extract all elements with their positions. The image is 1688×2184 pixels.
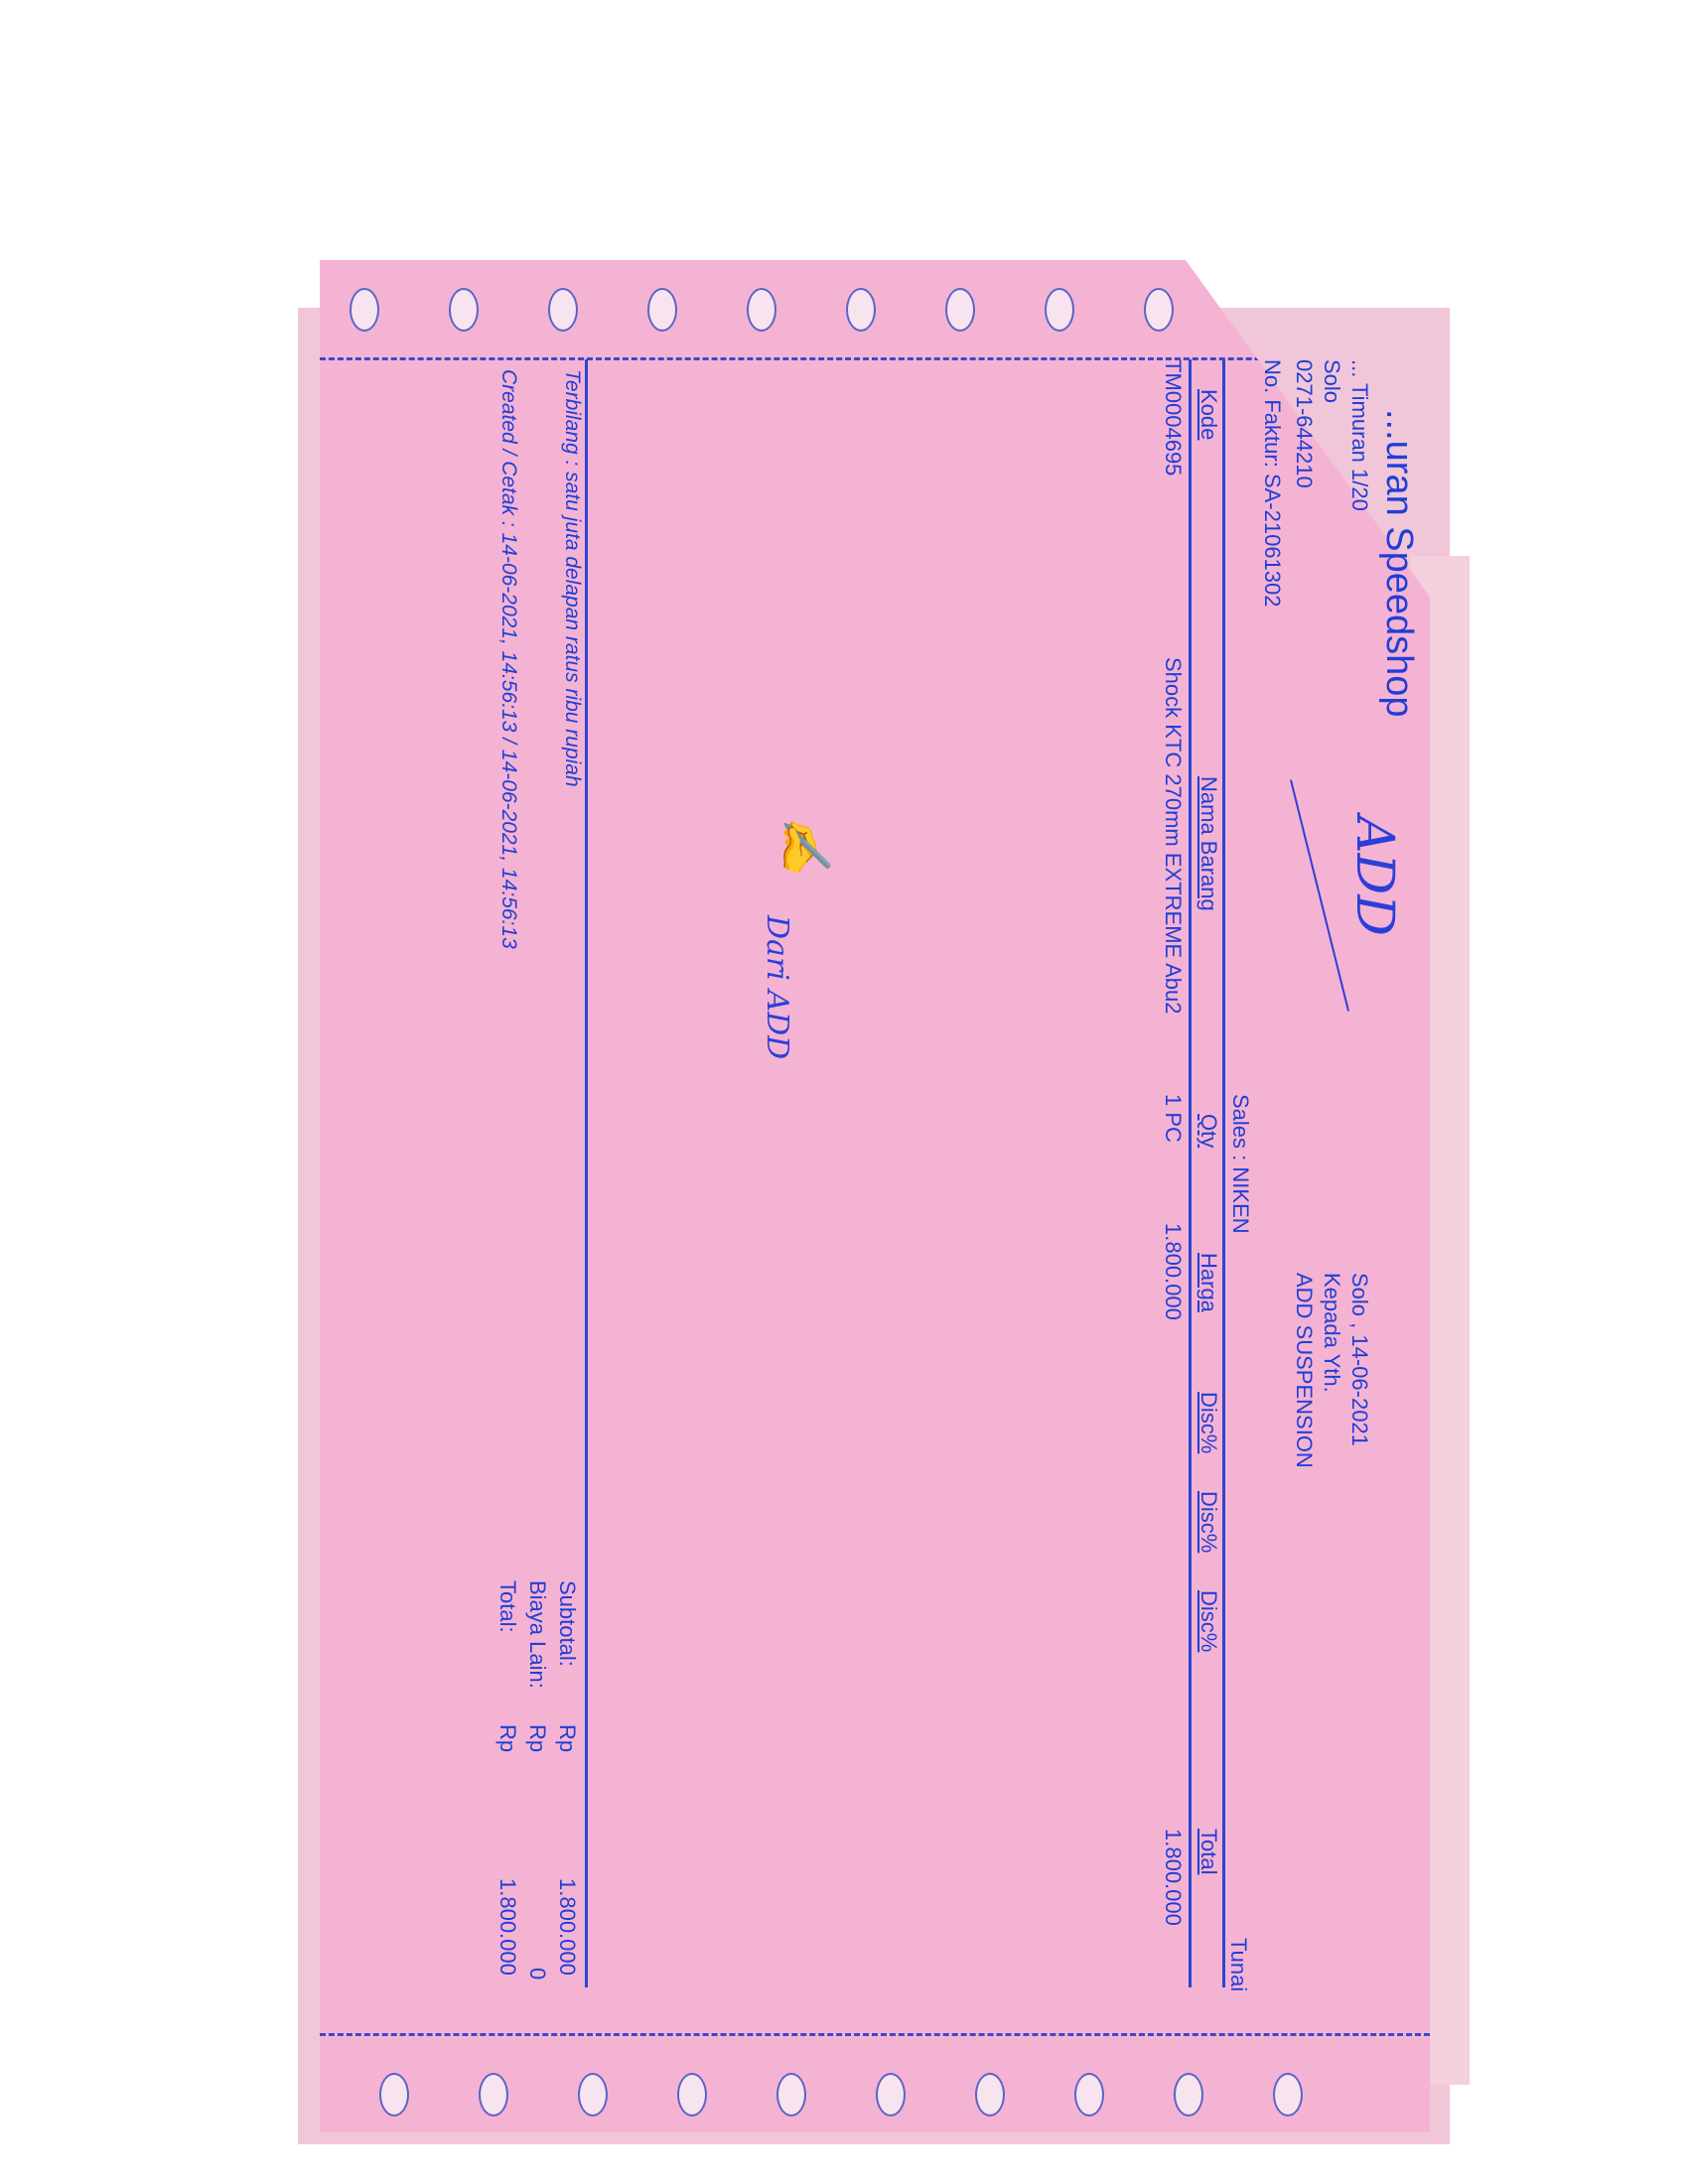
total-currency: Rp [494,1724,520,1752]
handwritten-stroke [1290,779,1349,1011]
customer-name: ADD SUSPENSION [1291,1273,1317,1468]
place-date: Solo , 14-06-2021 [1346,1273,1372,1446]
shop-city: Solo [1319,359,1344,403]
total-label: Total: [494,1580,520,1633]
table-header-rule [1189,359,1192,1987]
col-disc3: Disc% [1196,1590,1221,1652]
biaya-lain-value: 0 [524,1968,550,1979]
to-label: Kepada Yth. [1319,1273,1344,1393]
invoice-number-value: SA-21061302 [1260,474,1285,608]
signature: ✍ [777,816,834,876]
total-value: 1.800.000 [494,1878,520,1976]
handwritten-add-note: ADD [1344,816,1404,936]
sales-label: Sales : [1228,1094,1253,1160]
subtotal-currency: Rp [554,1724,580,1752]
handwritten-from-note: Dari ADD [760,915,794,1059]
col-disc2: Disc% [1196,1491,1221,1553]
sales-name: NIKEN [1228,1166,1253,1233]
cell-total: 1.800.000 [1160,1829,1186,1926]
invoice-number-label: No. Faktur: [1260,359,1285,468]
col-kode: Kode [1196,389,1221,440]
amount-in-words: Terbilang : satu juta delapan ratus ribu… [560,369,584,787]
col-total: Total [1196,1829,1221,1874]
created-timestamp: Created / Cetak : 14-06-2021, 14:56:13 /… [496,369,520,949]
invoice-number: No. Faktur: SA-21061302 [1259,359,1285,608]
payment-type: Tunai [1225,1938,1251,1991]
shop-phone: 0271-644210 [1291,359,1317,488]
table-top-rule [1222,359,1225,1987]
subtotal-value: 1.800.000 [554,1878,580,1976]
cell-harga: 1.800.000 [1160,1223,1186,1320]
table-bottom-rule [585,359,588,1987]
subtotal-label: Subtotal: [554,1580,580,1667]
biaya-lain-currency: Rp [524,1724,550,1752]
biaya-lain-label: Biaya Lain: [524,1580,550,1689]
shop-name: ...uran Speedshop [1377,409,1420,718]
col-nama-barang: Nama Barang [1196,776,1221,911]
cell-qty: 1 PC [1160,1094,1186,1143]
cell-nama-barang: Shock KTC 270mm EXTREME Abu2 [1160,657,1186,1014]
col-harga: Harga [1196,1253,1221,1312]
shop-address: ... Timuran 1/20 [1346,359,1372,511]
col-qty: Qty [1196,1114,1221,1148]
col-disc1: Disc% [1196,1392,1221,1453]
cell-kode: TM0004695 [1160,359,1186,476]
sales-person: Sales : NIKEN [1227,1094,1253,1234]
invoice-content: ...uran Speedshop ... Timuran 1/20 Solo … [320,260,1430,2132]
